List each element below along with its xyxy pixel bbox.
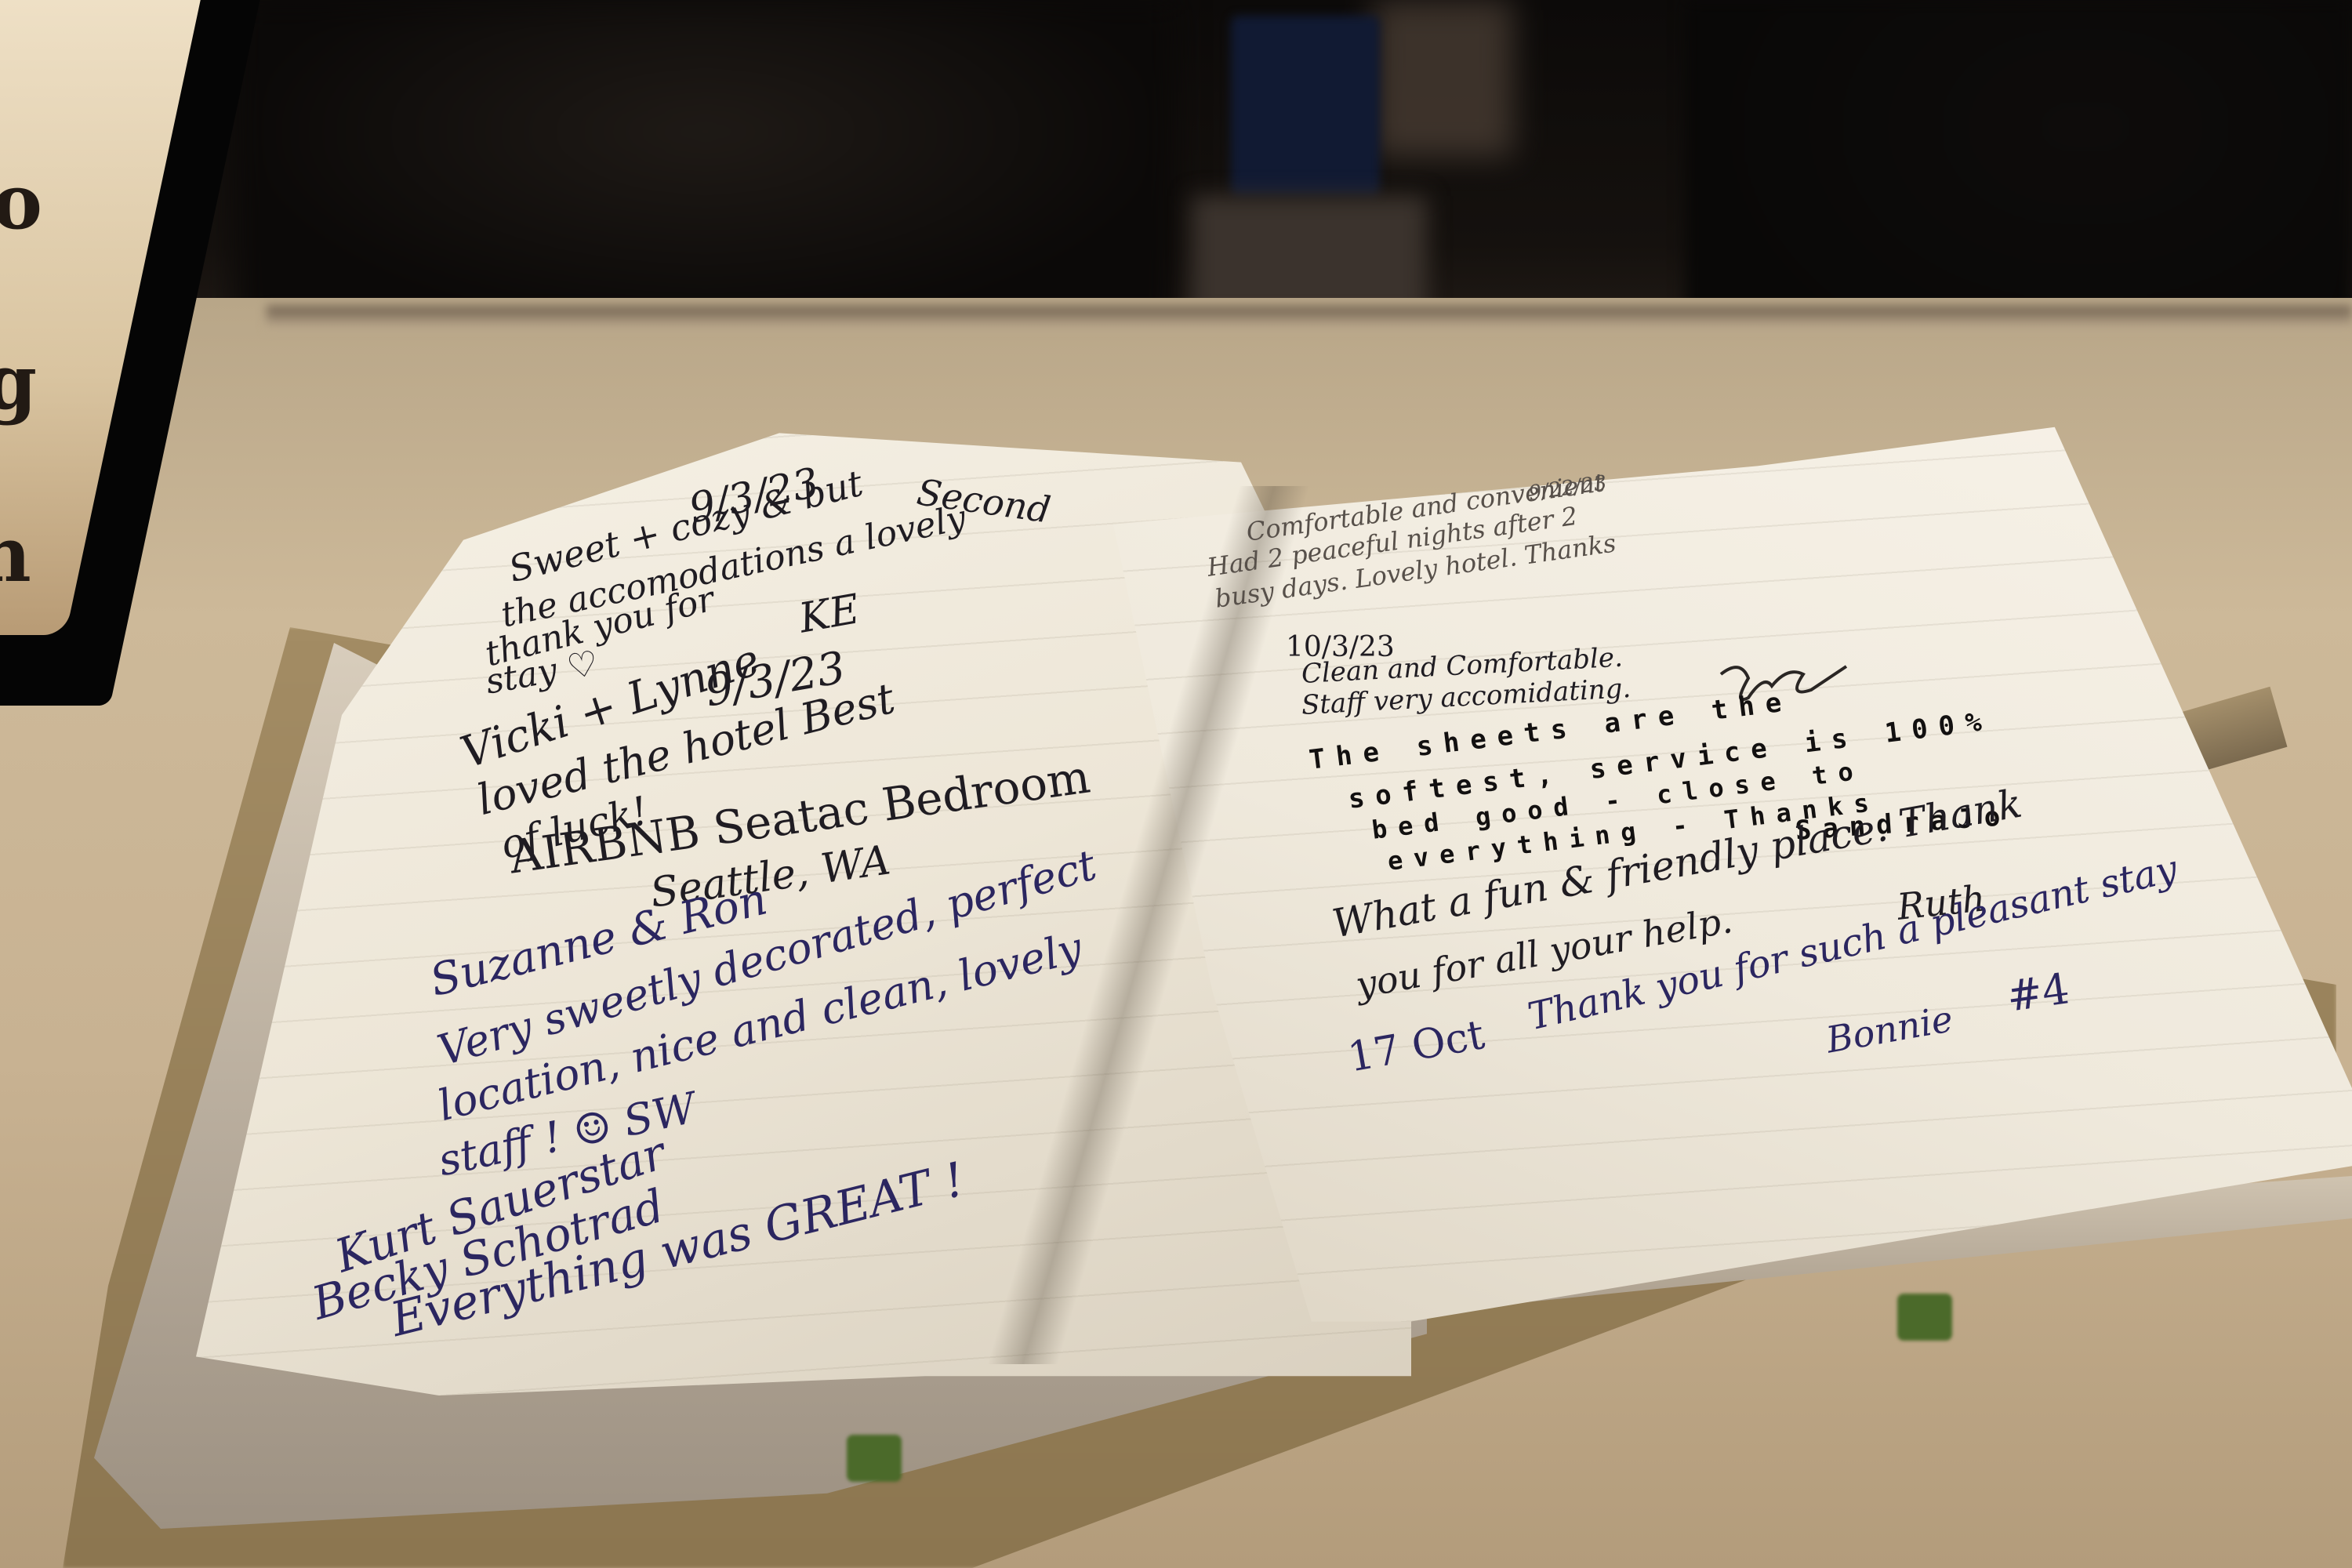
table-edge: [267, 306, 2352, 329]
sign-letter: g: [0, 345, 37, 420]
binding-thread: [847, 1435, 902, 1482]
blurred-light: [1372, 0, 1513, 157]
entry-room-number: #4: [2004, 964, 2073, 1021]
sign-letter: n: [0, 517, 31, 593]
sign-letter: o: [0, 165, 42, 240]
blurred-monitor-screen: [1231, 16, 1380, 196]
binding-thread: [1897, 1294, 1952, 1341]
blurred-background-object: [235, 0, 1176, 329]
